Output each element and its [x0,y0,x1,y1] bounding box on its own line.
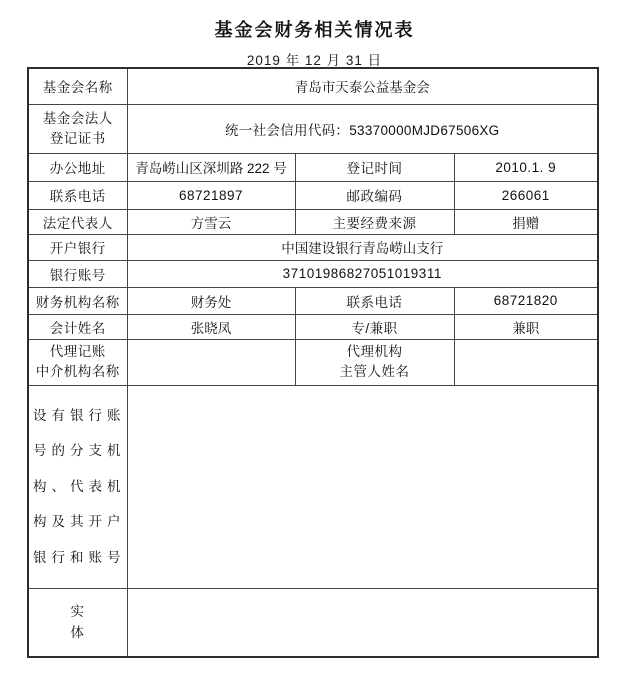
branches-label-line3: 构、代表机 [33,469,123,504]
credit-code-value: 统一社会信用代码：53370000MJD67506XG [127,104,598,153]
branches-label-line5: 银行和账号 [33,540,123,575]
page-title: 基金会财务相关情况表 [0,16,629,42]
row-entity: 实 体 [28,588,598,657]
entity-label-line1: 实 [33,601,123,623]
row-finance-org: 财务机构名称 财务处 联系电话 68721820 [28,287,598,314]
finance-org-label: 财务机构名称 [28,287,127,314]
branches-value [127,385,598,588]
funding-source-label: 主要经费来源 [295,209,454,234]
report-date: 2019 年 12 月 31 日 [0,49,629,69]
certificate-label-line2: 登记证书 [33,129,123,149]
agency-value [127,339,295,385]
postcode-value: 266061 [454,181,598,209]
funding-source-value: 捐赠 [454,209,598,234]
agency-manager-label-line2: 主管人姓名 [300,362,450,382]
row-bank-account: 银行账号 37101986827051019311 [28,260,598,287]
bank-label: 开户银行 [28,234,127,260]
address-value: 青岛崂山区深圳路 222 号 [127,153,295,181]
row-phone: 联系电话 68721897 邮政编码 266061 [28,181,598,209]
postcode-label: 邮政编码 [295,181,454,209]
branches-label-line2: 号的分支机 [33,433,123,468]
row-certificate: 基金会法人 登记证书 统一社会信用代码：53370000MJD67506XG [28,104,598,153]
entity-label-line2: 体 [33,622,123,644]
entity-label: 实 体 [28,588,127,657]
agency-manager-label: 代理机构 主管人姓名 [295,339,454,385]
foundation-finance-table: 基金会名称 青岛市天泰公益基金会 基金会法人 登记证书 统一社会信用代码：533… [27,67,599,658]
phone-value: 68721897 [127,181,295,209]
accountant-label: 会计姓名 [28,314,127,339]
row-address: 办公地址 青岛崂山区深圳路 222 号 登记时间 2010.1. 9 [28,153,598,181]
row-representative: 法定代表人 方雪云 主要经费来源 捐赠 [28,209,598,234]
certificate-label: 基金会法人 登记证书 [28,104,127,153]
representative-label: 法定代表人 [28,209,127,234]
register-time-value: 2010.1. 9 [454,153,598,181]
representative-value: 方雪云 [127,209,295,234]
accountant-value: 张晓凤 [127,314,295,339]
fulltime-parttime-value: 兼职 [454,314,598,339]
bank-account-value: 37101986827051019311 [127,260,598,287]
row-branches: 设有银行账 号的分支机 构、代表机 构及其开户 银行和账号 [28,385,598,588]
agency-label: 代理记账 中介机构名称 [28,339,127,385]
row-bank: 开户银行 中国建设银行青岛崂山支行 [28,234,598,260]
finance-org-value: 财务处 [127,287,295,314]
bank-account-label: 银行账号 [28,260,127,287]
row-agency: 代理记账 中介机构名称 代理机构 主管人姓名 [28,339,598,385]
branches-label-line1: 设有银行账 [33,398,123,433]
agency-manager-label-line1: 代理机构 [300,342,450,362]
phone-label: 联系电话 [28,181,127,209]
branches-label: 设有银行账 号的分支机 构、代表机 构及其开户 银行和账号 [28,385,127,588]
branches-label-line4: 构及其开户 [33,504,123,539]
finance-phone-label: 联系电话 [295,287,454,314]
row-foundation-name: 基金会名称 青岛市天泰公益基金会 [28,68,598,104]
agency-label-line2: 中介机构名称 [33,362,123,382]
address-label: 办公地址 [28,153,127,181]
scanned-form-page: 基金会财务相关情况表 2019 年 12 月 31 日 基金会名称 青岛市天泰公… [0,0,629,684]
row-accountant: 会计姓名 张晓凤 专/兼职 兼职 [28,314,598,339]
foundation-name-value: 青岛市天泰公益基金会 [127,68,598,104]
agency-label-line1: 代理记账 [33,342,123,362]
fulltime-parttime-label: 专/兼职 [295,314,454,339]
bank-value: 中国建设银行青岛崂山支行 [127,234,598,260]
foundation-name-label: 基金会名称 [28,68,127,104]
register-time-label: 登记时间 [295,153,454,181]
finance-phone-value: 68721820 [454,287,598,314]
agency-manager-value [454,339,598,385]
certificate-label-line1: 基金会法人 [33,109,123,129]
entity-value [127,588,598,657]
